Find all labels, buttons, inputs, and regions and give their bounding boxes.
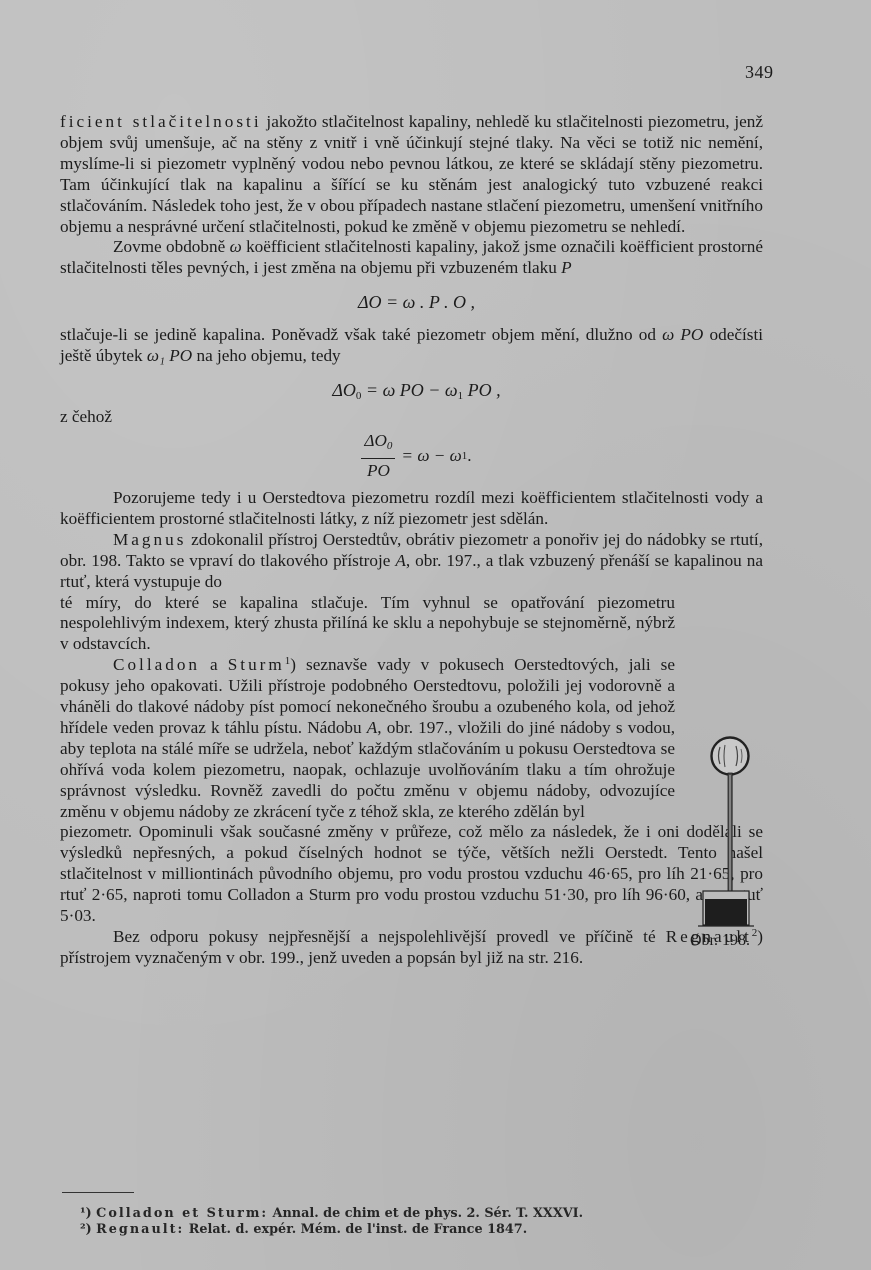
omega-symbol: ω <box>230 237 242 256</box>
paragraph-5-cont: té míry, do které se kapalina stlačuje. … <box>60 593 675 656</box>
book-page: 349 ficient stlačitelnosti jakožto stlač… <box>0 0 871 1270</box>
body-text: ficient stlačitelnosti jakožto stlačitel… <box>60 112 763 969</box>
spaced-term: ficient stlačitelnosti <box>60 112 262 131</box>
paragraph-1: ficient stlačitelnosti jakožto stlačitel… <box>60 112 763 237</box>
page-number: 349 <box>745 62 774 83</box>
paragraph-4: Pozorujeme tedy i u Oerstedtova piezomet… <box>60 488 763 530</box>
paragraph-5: Magnus zdokonalil přístroj Oerstedtův, o… <box>60 530 763 593</box>
fraction: ΔO0 PO <box>361 430 395 482</box>
footnotes: ¹) Colladon et Sturm: Annal. de chim et … <box>80 1206 583 1237</box>
paragraph-6-cont: piezometr. Opominuli však současné změny… <box>60 822 763 927</box>
footnote-1: ¹) Colladon et Sturm: Annal. de chim et … <box>80 1206 583 1222</box>
piezometer-in-mercury-vessel-illustration <box>690 733 770 928</box>
figure-198: Obr. 198. <box>690 733 770 958</box>
spaced-name: Magnus <box>113 530 186 549</box>
footnote-2: ²) Regnault: Relat. d. expér. Mém. de l'… <box>80 1222 583 1238</box>
figure-caption: Obr. 198. <box>690 932 750 950</box>
paragraph-2: Zovme obdobně ω koëfficient stlačitelnos… <box>60 237 763 279</box>
footnote-divider <box>62 1192 134 1193</box>
paragraph-7: Bez odporu pokusy nejpřesnější a nejspol… <box>60 927 763 969</box>
paragraph-6: Colladon a Sturm1) seznavše vady v pokus… <box>60 655 675 822</box>
paragraph-3: stlačuje-li se jedině kapalina. Poněvadž… <box>60 325 763 367</box>
equation-1: ΔO = ω . P . O , <box>60 279 763 325</box>
equation-3: ΔO0 PO = ω − ω1 . <box>60 428 763 484</box>
